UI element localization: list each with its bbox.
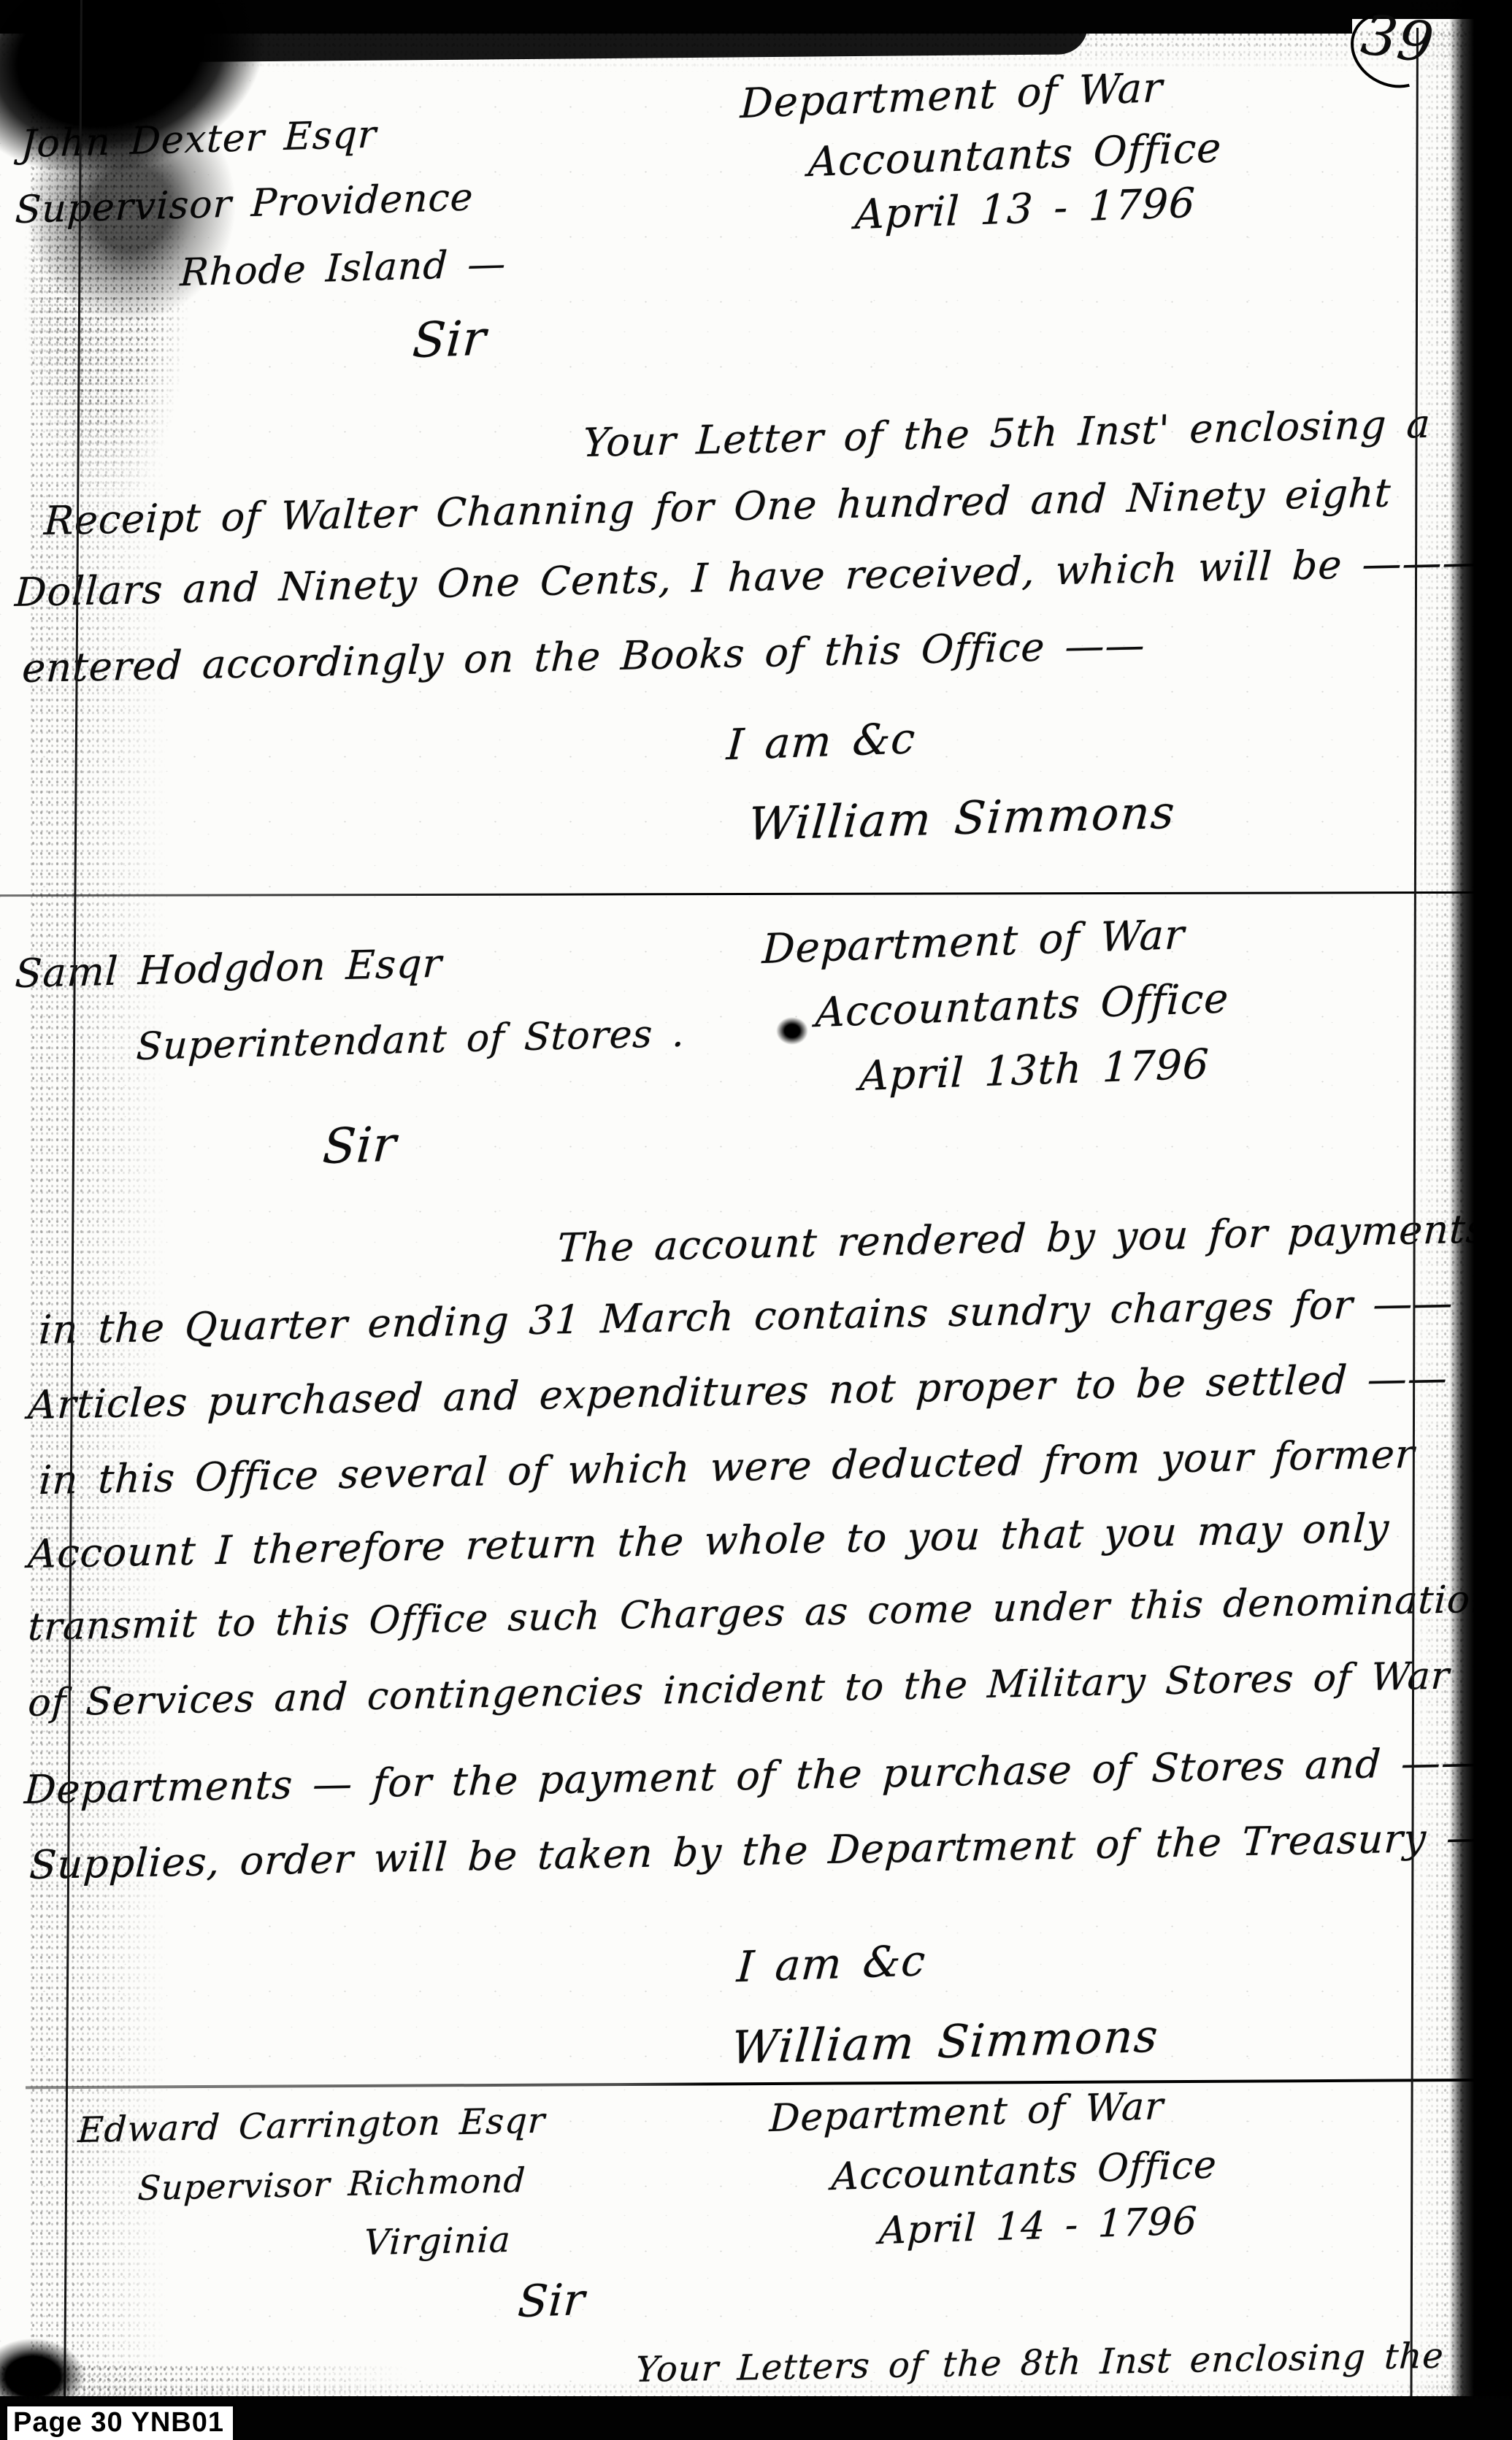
salutation: Sir	[411, 310, 488, 369]
salutation: Sir	[321, 1116, 399, 1175]
body-line: Dollars and Ninety One Cents, I have rec…	[14, 539, 1484, 615]
body-line: Your Letters of the 8th Inst enclosing t…	[634, 2336, 1445, 2390]
dateline-line: Accountants Office	[807, 124, 1223, 186]
body-line: in the Quarter ending 31 March contains …	[38, 1280, 1454, 1353]
left-margin-noise	[29, 0, 168, 2396]
section-divider	[0, 891, 1512, 897]
document-scan: Department of War Accountants Office Apr…	[0, 0, 1512, 2440]
dateline-line: April 13th 1796	[859, 1040, 1210, 1100]
recipient-line: Virginia	[363, 2220, 512, 2263]
signature: William Simmons	[729, 2009, 1161, 2075]
footer-page-label: Page 30 YNB01	[4, 2403, 236, 2440]
recipient-line: Supervisor Richmond	[137, 2160, 526, 2208]
left-fold-line	[64, 0, 82, 2396]
signature: William Simmons	[746, 786, 1178, 851]
body-line: The account rendered by you for payments	[556, 1205, 1488, 1271]
dateline-line: April 13 - 1796	[854, 180, 1197, 239]
body-line: Articles purchased and expenditures not …	[27, 1355, 1449, 1428]
closing: I am &c	[735, 1935, 927, 1992]
body-line: Supplies, order will be taken by the Dep…	[28, 1814, 1488, 1888]
closing: I am &c	[725, 713, 917, 770]
dateline-line: Department of War	[761, 911, 1186, 973]
body-line: Account I therefore return the whole to …	[27, 1505, 1391, 1577]
recipient-line: Superintendant of Stores .	[135, 1012, 686, 1069]
section-divider	[26, 2079, 1512, 2090]
page-number-annotation: 39	[1358, 1, 1438, 76]
ink-blot-small	[775, 1016, 809, 1046]
body-line: entered accordingly on the Books of this…	[21, 622, 1146, 691]
dateline-line: Department of War	[769, 2084, 1164, 2141]
dateline-line: April 14 - 1796	[878, 2199, 1199, 2253]
body-line: of Services and contingencies incident t…	[27, 1654, 1451, 1725]
body-line: Your Letter of the 5th Inst' enclosing a	[582, 401, 1432, 466]
body-line: Departments — for the payment of the pur…	[23, 1738, 1512, 1813]
dateline-line: Department of War	[740, 64, 1164, 128]
scan-edge-right	[1449, 0, 1512, 2440]
recipient-line: Saml Hodgdon Esqr	[14, 940, 443, 997]
salutation: Sir	[516, 2274, 587, 2328]
body-line: Receipt of Walter Channing for One hundr…	[43, 469, 1392, 544]
dateline-line: Accountants Office	[831, 2143, 1218, 2199]
dateline-line: Accountants Office	[815, 975, 1230, 1037]
recipient-line: Edward Carrington Esqr	[77, 2101, 546, 2151]
body-line: in this Office several of which were ded…	[38, 1431, 1416, 1503]
body-line: transmit to this Office such Charges as …	[27, 1577, 1497, 1649]
